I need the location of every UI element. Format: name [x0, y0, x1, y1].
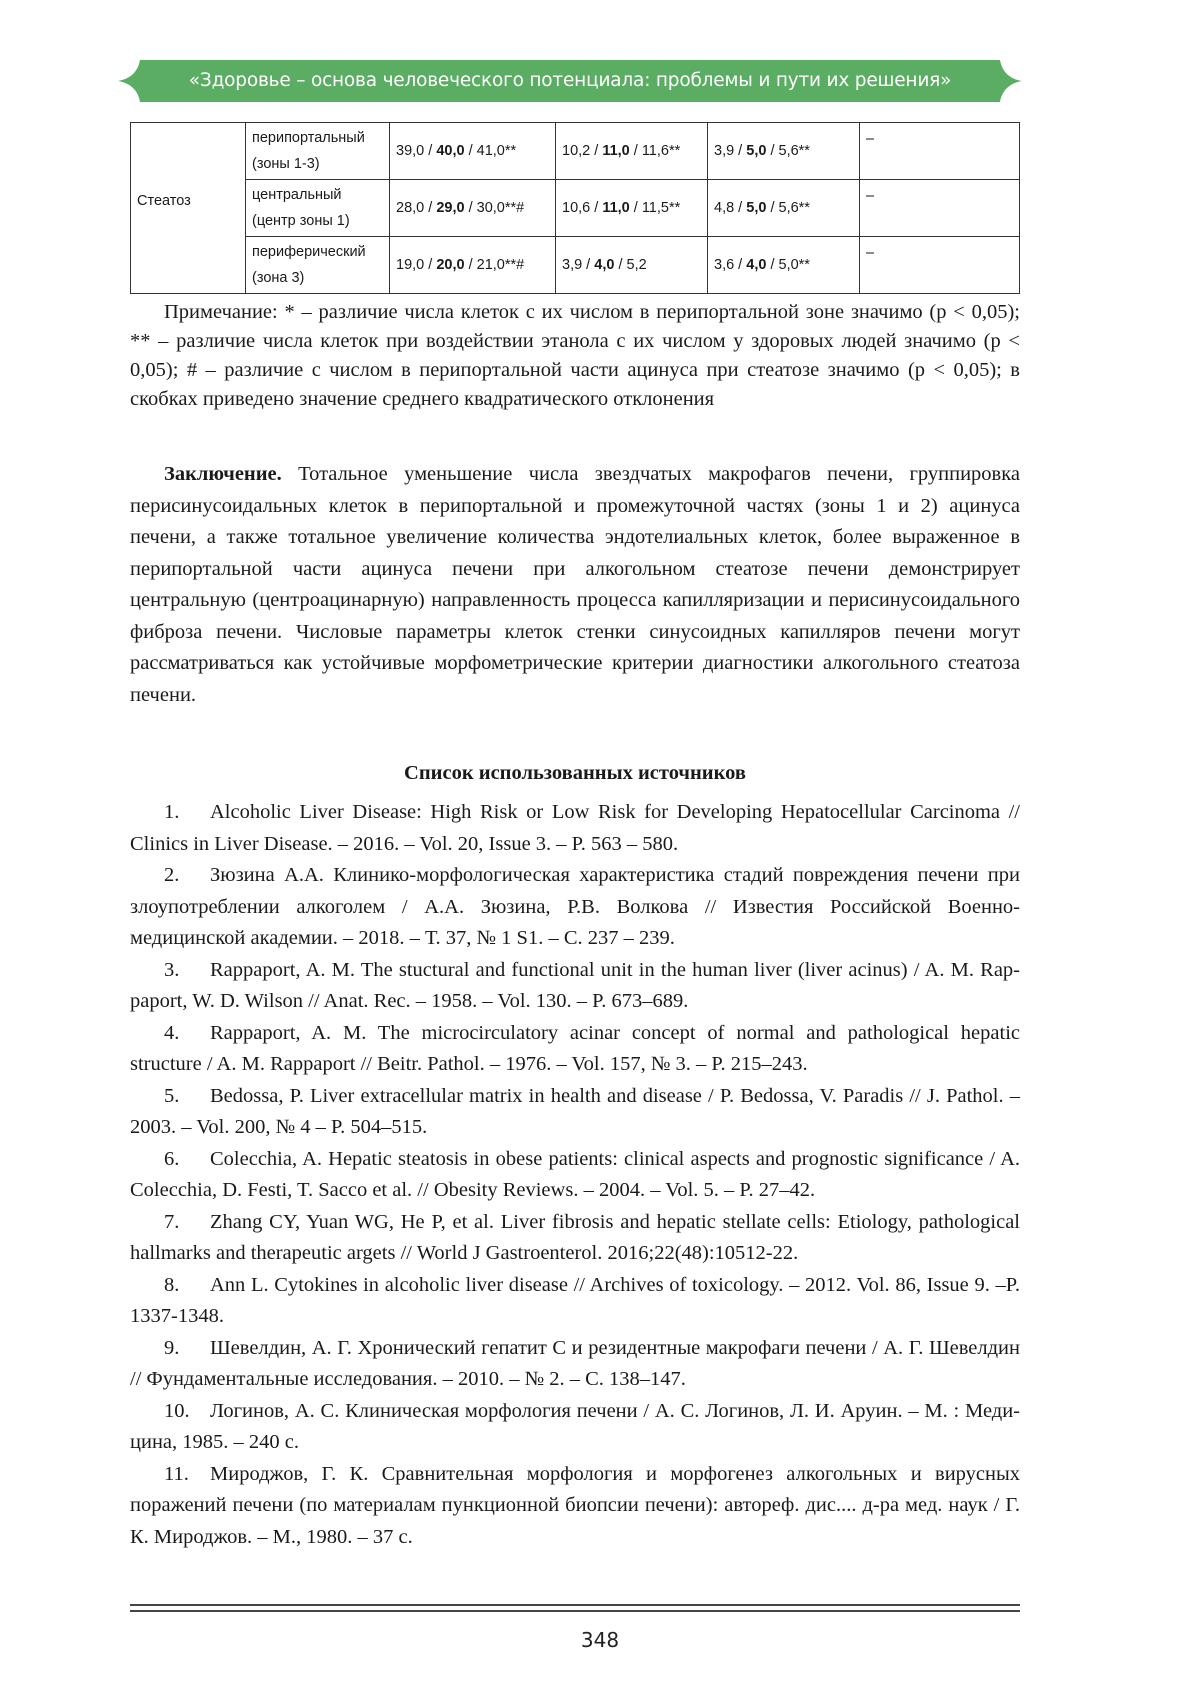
reference-number: 9.	[164, 1333, 210, 1365]
reference-item: 7.Zhang CY, Yuan WG, He P, et al. Liver …	[130, 1207, 1020, 1270]
reference-item: 10.Логинов, А. С. Клиническая морфология…	[130, 1396, 1020, 1459]
value-cell: 4,8 / 5,0 / 5,6**	[708, 180, 860, 237]
conference-banner: «Здоровье – основа человеческого потенци…	[118, 60, 1022, 102]
reference-item: 9.Шевелдин, А. Г. Хронический гепатит С …	[130, 1333, 1020, 1396]
reference-text: Bedossa, P. Liver extracellular matrix i…	[130, 1085, 1020, 1139]
reference-item: 2.Зюзина А.А. Клинико-морфологическая ха…	[130, 860, 1020, 955]
table-row: Стеатоз перипортальный (зоны 1-3) 39,0 /…	[131, 123, 1020, 180]
references-heading: Список использованных источников	[130, 762, 1020, 785]
reference-text: Zhang CY, Yuan WG, He P, et al. Liver fi…	[130, 1211, 1020, 1265]
reference-number: 6.	[164, 1144, 210, 1176]
reference-item: 5.Bedossa, P. Liver extracellular matrix…	[130, 1081, 1020, 1144]
zone-cell: периферический (зона 3)	[246, 237, 390, 294]
reference-text: Colecchia, A. Hepatic steatosis in obese…	[130, 1148, 1020, 1202]
reference-number: 2.	[164, 860, 210, 892]
reference-item: 6.Colecchia, A. Hepatic steatosis in obe…	[130, 1144, 1020, 1207]
reference-number: 1.	[164, 797, 210, 829]
results-table: Стеатоз перипортальный (зоны 1-3) 39,0 /…	[130, 122, 1020, 294]
table-row: периферический (зона 3) 19,0 / 20,0 / 21…	[131, 237, 1020, 294]
value-cell: 28,0 / 29,0 / 30,0**#	[390, 180, 556, 237]
value-cell: 10,6 / 11,0 / 11,5**	[556, 180, 708, 237]
banner-title: «Здоровье – основа человеческого потенци…	[118, 60, 1022, 102]
reference-number: 4.	[164, 1018, 210, 1050]
zone-cell: центральный (центр зоны 1)	[246, 180, 390, 237]
reference-item: 3.Rappaport, A. M. The stuctural and fun…	[130, 955, 1020, 1018]
reference-number: 10.	[164, 1396, 210, 1428]
footer-rule-bottom	[130, 1610, 1020, 1612]
reference-text: Rappaport, A. M. The microcirculatory ac…	[130, 1022, 1020, 1076]
empty-cell: –	[860, 180, 1020, 237]
conclusion-label: Заключение.	[164, 463, 282, 485]
empty-cell: –	[860, 123, 1020, 180]
table-note: Примечание: * – различие числа клеток с …	[130, 298, 1020, 414]
conclusion-paragraph: Заключение. Тотальное уменьшение числа з…	[130, 459, 1020, 711]
reference-text: Rappaport, A. M. The stuctural and funct…	[130, 959, 1020, 1013]
value-cell: 3,9 / 4,0 / 5,2	[556, 237, 708, 294]
reference-number: 5.	[164, 1081, 210, 1113]
empty-cell: –	[860, 237, 1020, 294]
reference-item: 8.Ann L. Cytokines in alcoholic liver di…	[130, 1270, 1020, 1333]
group-cell: Стеатоз	[131, 123, 246, 294]
reference-item: 1.Alcoholic Liver Disease: High Risk or …	[130, 797, 1020, 860]
reference-number: 11.	[164, 1459, 210, 1491]
value-cell: 3,9 / 5,0 / 5,6**	[708, 123, 860, 180]
reference-text: Логинов, А. С. Клиническая морфология пе…	[130, 1400, 1020, 1454]
footer-rule-top	[130, 1604, 1020, 1606]
reference-text: Зюзина А.А. Клинико-морфологическая хара…	[130, 864, 1020, 949]
conclusion-text: Тотальное уменьшение числа звездчатых ма…	[130, 463, 1020, 706]
reference-number: 7.	[164, 1207, 210, 1239]
value-cell: 10,2 / 11,0 / 11,6**	[556, 123, 708, 180]
reference-item: 11.Мироджов, Г. К. Сравнительная морфоло…	[130, 1459, 1020, 1554]
reference-item: 4.Rappaport, A. M. The microcirculatory …	[130, 1018, 1020, 1081]
value-cell: 19,0 / 20,0 / 21,0**#	[390, 237, 556, 294]
table-row: центральный (центр зоны 1) 28,0 / 29,0 /…	[131, 180, 1020, 237]
reference-number: 3.	[164, 955, 210, 987]
reference-text: Мироджов, Г. К. Сравнительная морфология…	[130, 1463, 1020, 1548]
reference-text: Ann L. Cytokines in alcoholic liver dise…	[130, 1274, 1020, 1328]
value-cell: 39,0 / 40,0 / 41,0**	[390, 123, 556, 180]
value-cell: 3,6 / 4,0 / 5,0**	[708, 237, 860, 294]
reference-text: Шевелдин, А. Г. Хронический гепатит С и …	[130, 1337, 1020, 1391]
zone-cell: перипортальный (зоны 1-3)	[246, 123, 390, 180]
reference-number: 8.	[164, 1270, 210, 1302]
page-number: 348	[0, 1628, 1200, 1652]
references-list: 1.Alcoholic Liver Disease: High Risk or …	[130, 797, 1020, 1553]
reference-text: Alcoholic Liver Disease: High Risk or Lo…	[130, 801, 1020, 855]
